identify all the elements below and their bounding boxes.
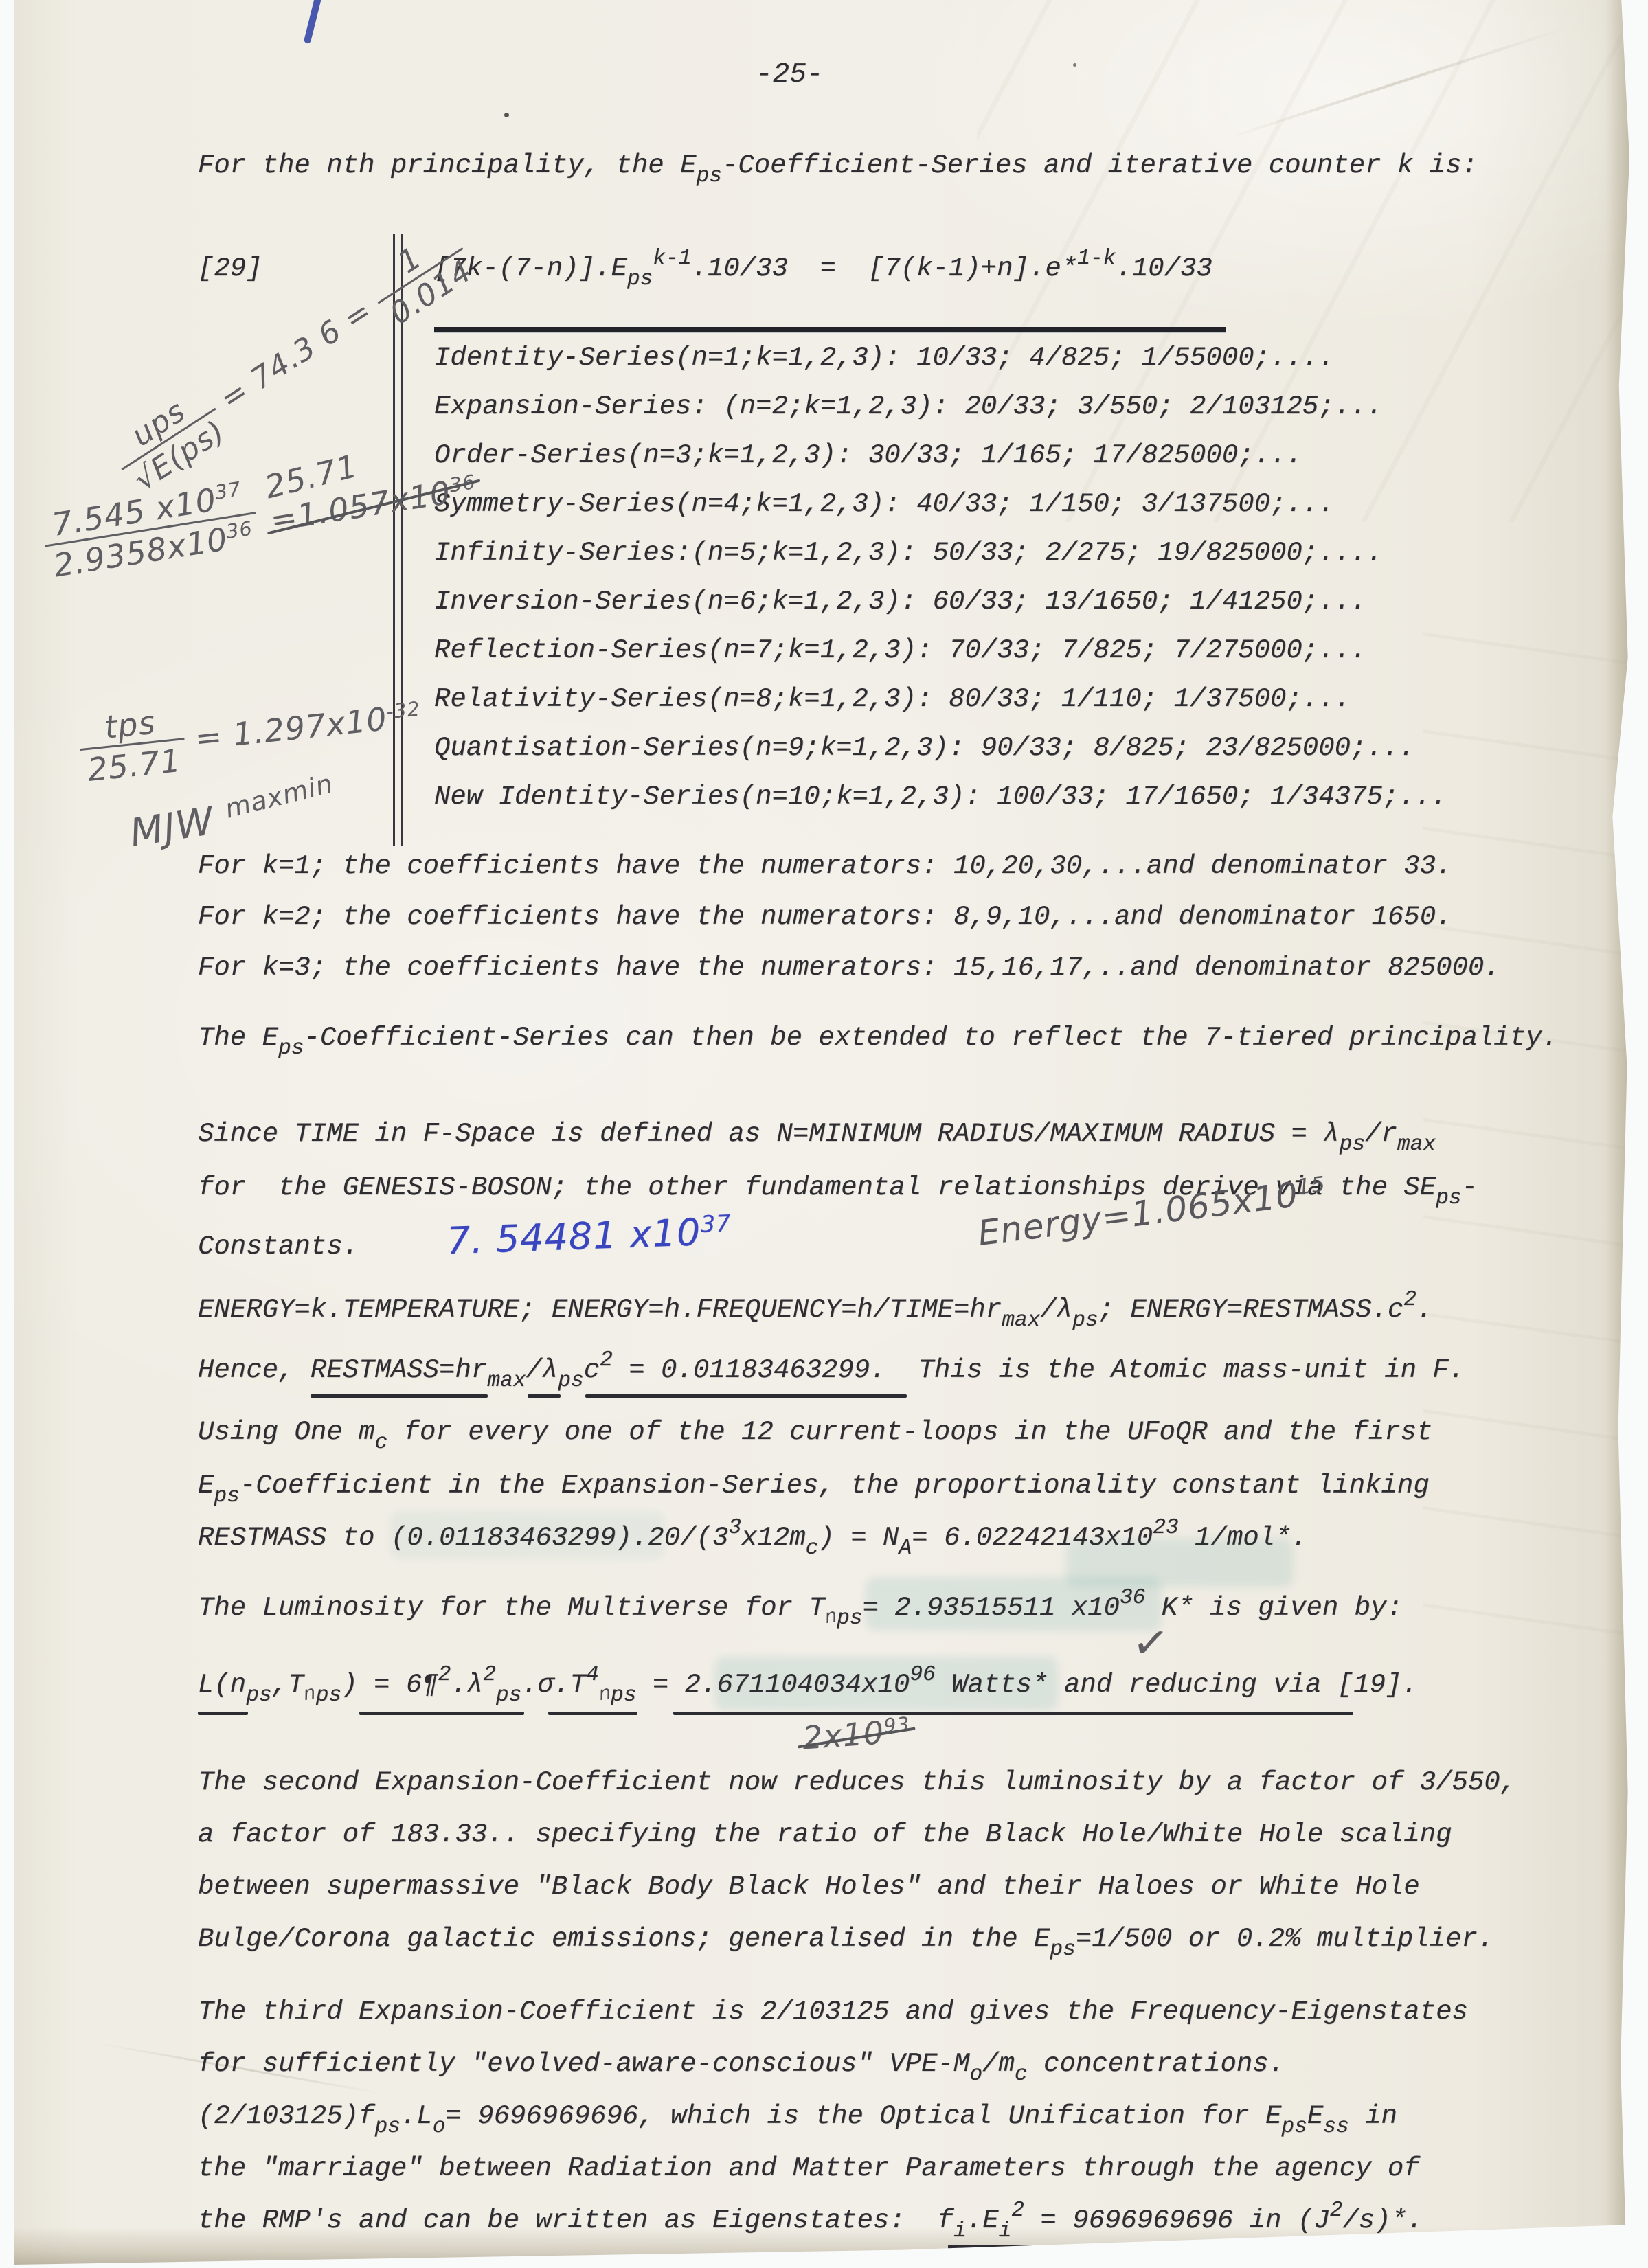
- blue-pen-tick: [304, 0, 322, 44]
- pencil-struck-note: 2x1093: [801, 1712, 912, 1757]
- series-line: Quantisation-Series(n=9;k=1,2,3): 90/33;…: [434, 732, 1415, 764]
- intro-line: For the nth principality, the Eps-Coeffi…: [198, 150, 1478, 183]
- pencil-checkmark: ✓: [1129, 1616, 1172, 1670]
- ink-speck: [504, 113, 509, 117]
- margin-note-tps: tps 25.71 = 1.297x10-32: [76, 676, 425, 789]
- underline: [548, 1712, 637, 1715]
- fraction: 7.545 x1037 2.9358x1036: [39, 475, 262, 585]
- third-coeff-line-4: the "marriage" between Radiation and Mat…: [198, 2153, 1420, 2184]
- series-line: Expansion-Series: (n=2;k=1,2,3): 20/33; …: [434, 391, 1383, 422]
- series-line: Symmetry-Series(n=4;k=1,2,3): 40/33; 1/1…: [434, 488, 1335, 520]
- luminosity-intro-line: The Luminosity for the Multiverse for Tn…: [198, 1592, 1403, 1626]
- second-coeff-line-4: Bulge/Corona galactic emissions; general…: [198, 1923, 1493, 1957]
- extended-line: The Eps-Coefficient-Series can then be e…: [198, 1022, 1558, 1056]
- using-line: Using One mc for every one of the 12 cur…: [198, 1416, 1432, 1450]
- paper-sheet: -25- For the nth principality, the Eps-C…: [14, 0, 1629, 2268]
- k1-line: For k=1; the coefficients have the numer…: [198, 850, 1452, 882]
- underline: [673, 1712, 1353, 1715]
- series-line: Infinity-Series:(n=5;k=1,2,3): 50/33; 2/…: [434, 537, 1383, 569]
- k2-line: For k=2; the coefficients have the numer…: [198, 901, 1452, 933]
- second-coeff-line-1: The second Expansion-Coefficient now red…: [198, 1767, 1516, 1798]
- series-line: Inversion-Series(n=6;k=1,2,3): 60/33; 13…: [434, 586, 1366, 617]
- underline: [585, 1394, 907, 1398]
- margin-note-ratio: 7.545 x1037 2.9358x1036 25.71 =1.057x103…: [39, 440, 481, 585]
- hence-line: Hence, RESTMASS=hrmax/λpsc2 = 0.01183463…: [198, 1354, 1465, 1388]
- series-line: New Identity-Series(n=10;k=1,2,3): 100/3…: [434, 781, 1447, 813]
- restmass-to-line: RESTMASS to (0.01183463299).20/(33x12mc)…: [198, 1522, 1307, 1556]
- equation-label: [29]: [198, 253, 262, 284]
- time-line-1: Since TIME in F-Space is defined as N=MI…: [198, 1118, 1436, 1152]
- crease-line: [1224, 27, 1565, 140]
- underline: [359, 1712, 524, 1715]
- time-line-3: Constants.: [198, 1231, 359, 1262]
- second-coeff-line-2: a factor of 183.33.. specifying the rati…: [198, 1819, 1452, 1850]
- underline: [198, 1712, 248, 1715]
- third-coeff-line-5: the RMP's and can be written as Eigensta…: [198, 2205, 1423, 2238]
- fraction: tps 25.71: [76, 701, 188, 789]
- linking-line: Eps-Coefficient in the Expansion-Series,…: [198, 1470, 1430, 1504]
- fraction: 1 0.014: [359, 218, 484, 335]
- equation-divider-rule: [434, 327, 1226, 332]
- series-line: Identity-Series(n=1;k=1,2,3): 10/33; 4/8…: [434, 342, 1335, 374]
- series-line: Relativity-Series(n=8;k=1,2,3): 80/33; 1…: [434, 683, 1351, 715]
- series-line: Reflection-Series(n=7;k=1,2,3): 70/33; 7…: [434, 635, 1366, 666]
- ink-speck: [1073, 63, 1076, 67]
- energy-line: ENERGY=k.TEMPERATURE; ENERGY=h.FREQUENCY…: [198, 1294, 1432, 1328]
- blue-ink-note: 7. 54481 x1037: [446, 1210, 732, 1262]
- underline: [311, 1394, 488, 1398]
- underline: [948, 2245, 1291, 2249]
- scanned-page: -25- For the nth principality, the Eps-C…: [0, 0, 1648, 2268]
- margin-note-initials: MJW maxmin: [127, 780, 339, 857]
- equation-29: [7k-(7-n)].Epsk-1.10/33 = [7(k-1)+n].e*1…: [434, 253, 1212, 286]
- third-coeff-line-3: (2/103125)fps.Lo= 9696969696, which is t…: [198, 2100, 1397, 2134]
- luminosity-equation: L(nps,Tnps) = 6¶2.λ2ps.σ.T4nps = 2.67110…: [198, 1669, 1418, 1703]
- third-coeff-line-2: for sufficiently "evolved-aware-consciou…: [198, 2048, 1285, 2082]
- k3-line: For k=3; the coefficients have the numer…: [198, 952, 1500, 984]
- page-number: -25-: [756, 59, 823, 91]
- underline: [528, 1394, 561, 1398]
- wrinkle-texture-right: [1423, 618, 1629, 1648]
- second-coeff-line-3: between supermassive "Black Body Black H…: [198, 1871, 1420, 1903]
- third-coeff-line-1: The third Expansion-Coefficient is 2/103…: [198, 1996, 1468, 2028]
- series-line: Order-Series(n=3;k=1,2,3): 30/33; 1/165;…: [434, 440, 1302, 471]
